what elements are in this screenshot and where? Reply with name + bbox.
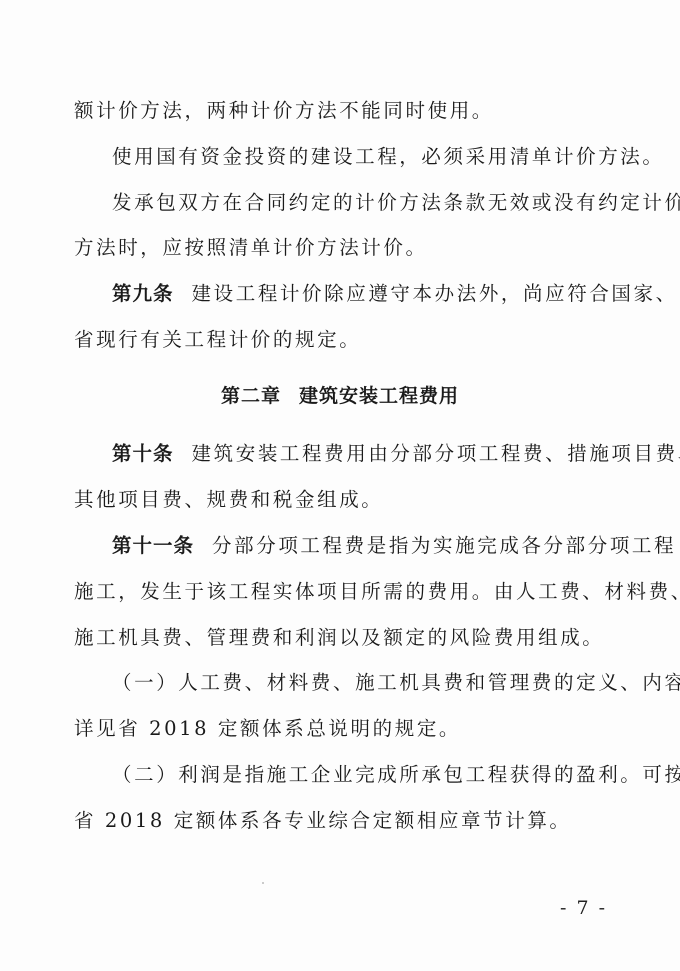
page-number: - 7 - (560, 896, 607, 920)
article-text: 建设工程计价除应遵守本办法外，尚应符合国家、 (192, 282, 678, 305)
article-label: 第十条 (112, 442, 174, 465)
list-item-2: （二）利润是指施工企业完成所承包工程获得的盈利。可按 (112, 761, 652, 789)
article-9: 第九条建设工程计价除应遵守本办法外，尚应符合国家、 (112, 280, 652, 308)
paragraph-line: 方法时，应按照清单计价方法计价。 (74, 234, 614, 262)
article-label: 第九条 (112, 282, 174, 305)
article-text: 分部分项工程费是指为实施完成各分部分项工程 (212, 534, 676, 557)
scan-speck (262, 882, 264, 884)
paragraph-line: 施工，发生于该工程实体项目所需的费用。由人工费、材料费、 (74, 578, 614, 606)
list-item-1: （一）人工费、材料费、施工机具费和管理费的定义、内容 (112, 669, 652, 697)
article-label: 第十一条 (112, 534, 194, 557)
article-text: 建筑安装工程费用由分部分项工程费、措施项目费、 (192, 442, 680, 465)
paragraph-line: 发承包双方在合同约定的计价方法条款无效或没有约定计价 (112, 189, 652, 217)
chapter-heading: 第二章建筑安装工程费用 (0, 382, 680, 410)
document-page: 额计价方法，两种计价方法不能同时使用。 使用国有资金投资的建设工程，必须采用清单… (0, 0, 680, 971)
chapter-title: 建筑安装工程费用 (299, 385, 459, 407)
paragraph-line: 详见省 2018 定额体系总说明的规定。 (74, 715, 614, 743)
article-10: 第十条建筑安装工程费用由分部分项工程费、措施项目费、 (112, 440, 652, 468)
article-11: 第十一条分部分项工程费是指为实施完成各分部分项工程 (112, 532, 652, 560)
chapter-number: 第二章 (221, 385, 281, 407)
paragraph-line: 省现行有关工程计价的规定。 (74, 326, 614, 354)
paragraph-line: 施工机具费、管理费和利润以及额定的风险费用组成。 (74, 624, 614, 652)
paragraph-line: 其他项目费、规费和税金组成。 (74, 486, 614, 514)
paragraph-line: 使用国有资金投资的建设工程，必须采用清单计价方法。 (112, 143, 652, 171)
paragraph-line: 额计价方法，两种计价方法不能同时使用。 (74, 97, 614, 125)
paragraph-line: 省 2018 定额体系各专业综合定额相应章节计算。 (74, 807, 614, 835)
